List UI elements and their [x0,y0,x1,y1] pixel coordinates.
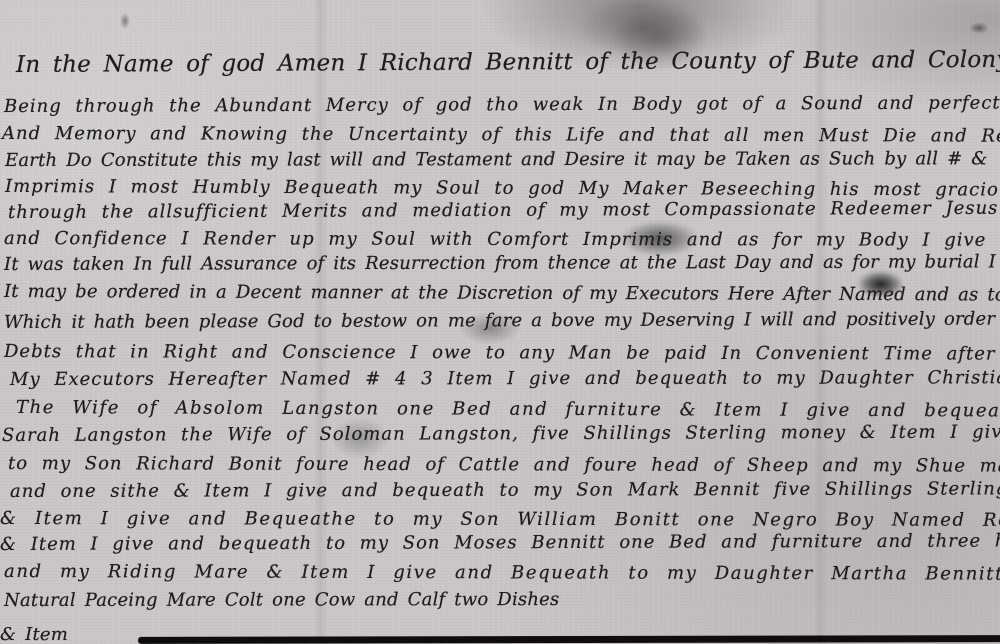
manuscript-line: Natural Paceing Mare Colt one Cow and Ca… [4,589,559,611]
manuscript-line: Being through the Abundant Mercy of god … [4,92,1000,117]
edge-ink-speck [118,10,132,32]
manuscript-line: The Wife of Absolom Langston one Bed and… [16,397,1000,422]
manuscript-line: It was taken In full Assurance of its Re… [4,251,1000,275]
manuscript-line: & Item I give and bequeath to my Son Mos… [0,530,1000,555]
scan-edge-bar [138,635,1000,644]
manuscript-line: through the allsufficient Merits and med… [8,197,1000,223]
manuscript-line: My Executors Hereafter Named # 4 3 Item … [10,367,1000,390]
manuscript-line: and one sithe & Item I give and bequeath… [10,478,1000,502]
manuscript-line: Earth Do Constitute this my last will an… [5,148,988,171]
manuscript-line: And Memory and Knowing the Uncertainty o… [2,123,1000,147]
manuscript-line: Debts that in Right and Conscience I owe… [4,341,1000,365]
manuscript-line: and my Riding Mare & Item I give and Beq… [4,561,1000,585]
manuscript-line: & Item I give and Bequeathe to my Son Wi… [0,508,1000,531]
manuscript-line: and Confidence I Render up my Soul with … [4,228,1000,251]
manuscript-page: In the Name of god Amen I Richard Bennit… [0,0,1000,644]
corner-ink-speck [966,20,992,36]
manuscript-line-partial: & Item [0,624,68,644]
manuscript-line: Sarah Langston the Wife of Soloman Langs… [2,421,1000,446]
manuscript-line: to my Son Richard Bonit foure head of Ca… [8,453,1000,477]
manuscript-line: It may be ordered in a Decent manner at … [4,281,1000,306]
manuscript-line: Which it hath been please God to bestow … [4,308,1000,333]
manuscript-line: In the Name of god Amen I Richard Bennit… [16,46,1000,78]
